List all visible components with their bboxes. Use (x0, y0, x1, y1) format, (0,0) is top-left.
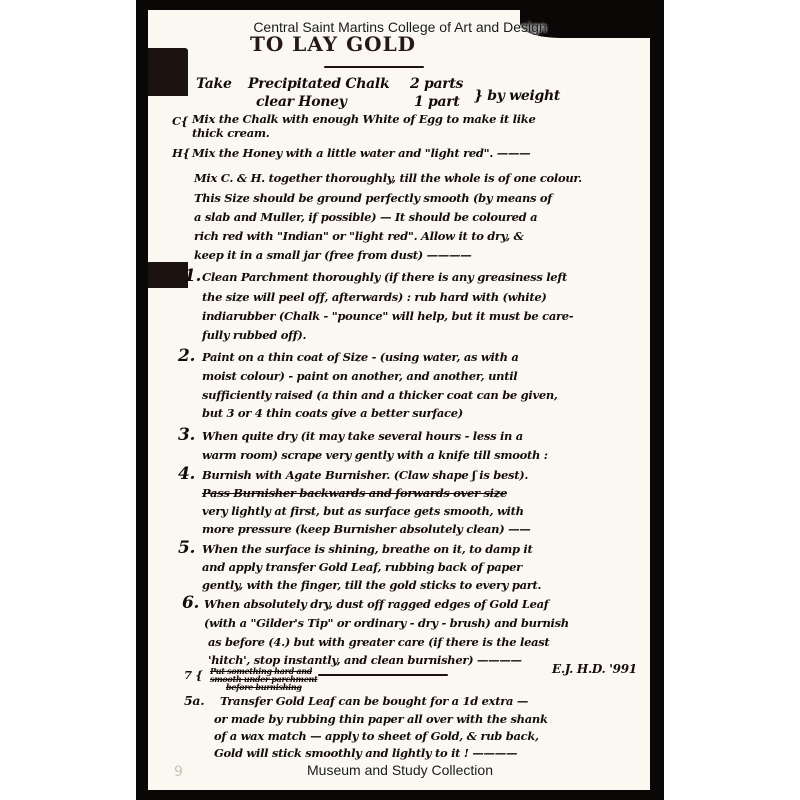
step-line: (with a "Gilder's Tip" or ordinary - dry… (204, 616, 569, 630)
step-line: When the surface is shining, breathe on … (202, 542, 533, 556)
mix-line: a slab and Muller, if possible) — It sho… (194, 210, 537, 224)
mix-line: Mix C. & H. together thoroughly, till th… (194, 171, 582, 185)
struck-note-marker: 7 { (184, 668, 203, 682)
step-number: 2. (178, 346, 195, 366)
step-line: moist colour) - paint on another, and an… (202, 369, 517, 383)
mix-line: This Size should be ground perfectly smo… (194, 191, 552, 205)
step-line: Burnish with Agate Burnisher. (Claw shap… (202, 468, 528, 482)
step-line: the size will peel off, afterwards) : ru… (202, 290, 547, 304)
prep-marker: H{ (172, 146, 190, 160)
prep-marker: C{ (172, 114, 188, 128)
mix-line: keep it in a small jar (free from dust) … (194, 248, 471, 262)
step-number: 6. (182, 593, 199, 613)
ingredients-by-weight: } by weight (474, 88, 560, 104)
watermark-institution: Central Saint Martins College of Art and… (0, 19, 800, 35)
prep-line: Mix the Chalk with enough White of Egg t… (192, 112, 535, 126)
step-line: When absolutely dry, dust off ragged edg… (204, 597, 548, 611)
step-number: 5. (178, 538, 195, 558)
mount-tab-top (148, 48, 188, 96)
step-line: fully rubbed off). (202, 328, 306, 342)
note-line: Transfer Gold Leaf can be bought for a 1… (220, 694, 528, 708)
ingredient-qty: 1 part (414, 94, 460, 110)
step-line: sufficiently raised (a thin and a thicke… (202, 388, 558, 402)
step-line: Pass Burnisher backwards and forwards ov… (202, 486, 507, 500)
step-line: indiarubber (Chalk - "pounce" will help,… (202, 309, 573, 323)
ingredient-name: clear Honey (256, 94, 347, 110)
note-number: 5a. (184, 693, 204, 708)
step-line: warm room) scrape very gently with a kni… (202, 448, 548, 462)
prep-line: thick cream. (192, 126, 269, 140)
step-number: 3. (178, 425, 195, 445)
ingredients-take: Take (196, 76, 232, 92)
step-line: When quite dry (it may take several hour… (202, 429, 523, 443)
mix-line: rich red with "Indian" or "light red". A… (194, 229, 524, 243)
step-line: and apply transfer Gold Leaf, rubbing ba… (202, 560, 522, 574)
mount-tab-middle (148, 262, 188, 288)
step-number: 1. (184, 266, 201, 286)
step-line: gently, with the finger, till the gold s… (202, 578, 541, 592)
step-line: more pressure (keep Burnisher absolutely… (202, 522, 531, 536)
struck-note-line: before burnishing (226, 682, 302, 692)
step-line: very lightly at first, but as surface ge… (202, 504, 524, 518)
ingredient-name: Precipitated Chalk (248, 76, 389, 92)
signature: E.J. H.D. '991 (552, 662, 637, 676)
document-title: TO LAY GOLD (250, 32, 416, 56)
step-line: as before (4.) but with greater care (if… (208, 635, 549, 649)
struck-note-rule (318, 674, 448, 676)
step-line: Clean Parchment thoroughly (if there is … (202, 270, 567, 284)
step-line: but 3 or 4 thin coats give a better surf… (202, 406, 463, 420)
prep-line: Mix the Honey with a little water and "l… (192, 146, 530, 160)
watermark-collection: Museum and Study Collection (0, 762, 800, 778)
note-line: Gold will stick smoothly and lightly to … (214, 746, 517, 760)
note-line: or made by rubbing thin paper all over w… (214, 712, 548, 726)
step-line: Paint on a thin coat of Size - (using wa… (202, 350, 518, 364)
step-line: 'hitch', stop instantly, and clean burni… (208, 653, 522, 667)
step-number: 4. (178, 464, 195, 484)
ingredient-qty: 2 parts (410, 76, 463, 92)
manuscript-page: TO LAY GOLD Take Precipitated Chalk 2 pa… (148, 10, 650, 790)
note-line: of a wax match — apply to sheet of Gold,… (214, 729, 539, 743)
title-underline (324, 66, 424, 68)
